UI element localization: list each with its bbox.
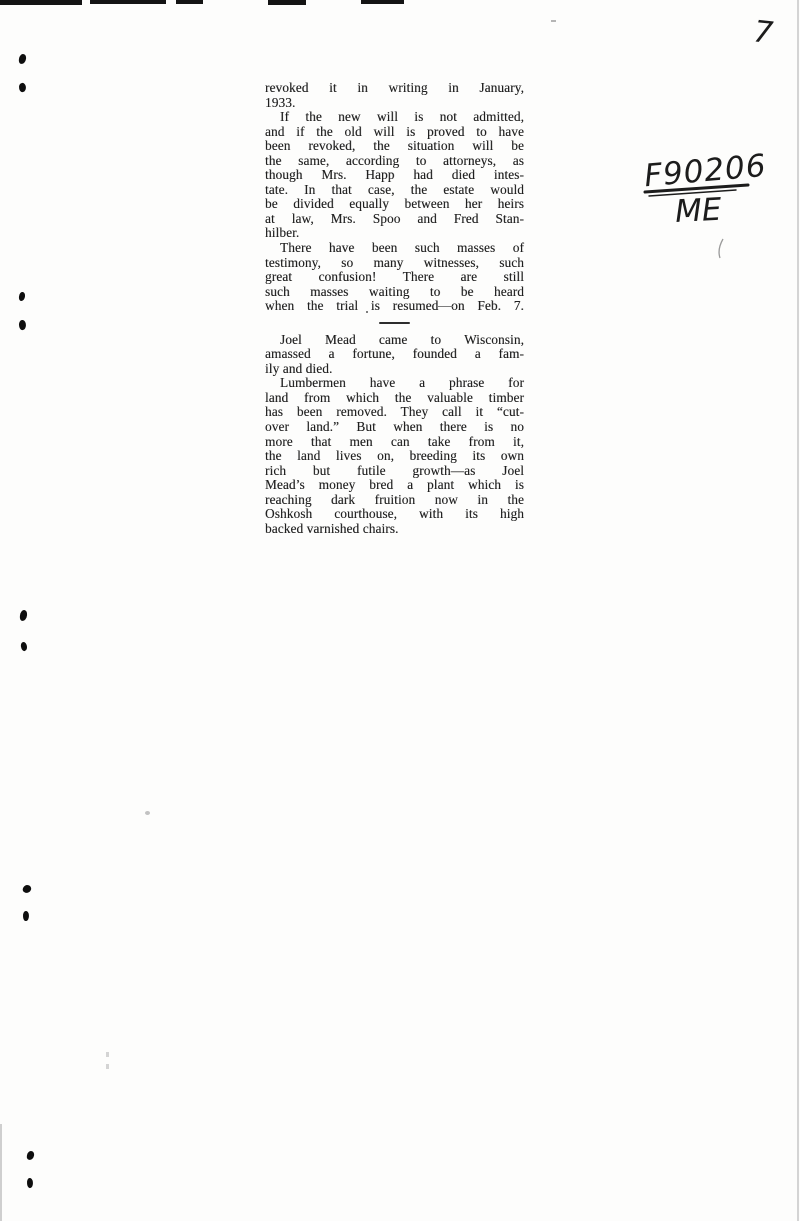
scan-mark: [26, 1178, 33, 1189]
scan-edge-artifact: [176, 0, 203, 4]
scan-speck: [366, 311, 368, 313]
scan-edge-artifact: [361, 0, 404, 4]
article-line: such masses waiting to be heard: [265, 285, 524, 300]
article-line: testimony, so many witnesses, such: [265, 256, 524, 271]
divider-rule: [379, 322, 410, 324]
print-underline-artifact: [438, 306, 453, 307]
scan-mark: [22, 911, 29, 922]
article-line: 1933.: [265, 96, 524, 111]
article-line: at law, Mrs. Spoo and Fred Stan-: [265, 212, 524, 227]
article-line: the same, according to attorneys, as: [265, 154, 524, 169]
article-line: reaching dark fruition now in the: [265, 493, 524, 508]
scan-speck: [106, 1064, 109, 1069]
article-line: when the trial is resumed on Feb. 7.: [265, 299, 524, 314]
handwritten-underline: [645, 185, 748, 192]
scan-speck: [106, 1052, 109, 1057]
scan-mark: [18, 54, 26, 65]
article-line: been revoked, the situation will be: [265, 139, 524, 154]
article-line: land from which the valuable timber: [265, 391, 524, 406]
article-line: Lumbermen have a phrase for: [265, 376, 524, 391]
article-line: revoked it in writing in January,: [265, 81, 524, 96]
article-line: rich but futile growth—as Joel: [265, 464, 524, 479]
scan-edge-line: [0, 1124, 2, 1221]
section-divider: [265, 314, 524, 333]
article-line: backed varnished chairs.: [265, 522, 524, 537]
handwritten-underline-stroke: [649, 190, 736, 196]
article-line: over land.” But when there is no: [265, 420, 524, 435]
article-line: tate. In that case, the estate would: [265, 183, 524, 198]
article-line: hilber.: [265, 226, 524, 241]
handwritten-code: F90206: [643, 148, 768, 195]
scanned-document-page: revoked it in writing in January,1933.If…: [0, 0, 800, 1221]
scan-edge-artifact: [268, 0, 306, 5]
article-line: and if the old will is proved to have: [265, 125, 524, 140]
article-line: If the new will is not admitted,: [265, 110, 524, 125]
scan-speck: [551, 20, 556, 22]
scan-mark: [22, 884, 32, 894]
article-column: revoked it in writing in January,1933.If…: [265, 81, 524, 536]
scan-mark: [19, 292, 26, 301]
scan-speck: [145, 811, 150, 815]
article-line: the land lives on, breeding its own: [265, 449, 524, 464]
article-line: There have been such masses of: [265, 241, 524, 256]
scan-mark: [18, 319, 27, 330]
article-line: Oshkosh courthouse, with its high: [265, 507, 524, 522]
scan-edge-artifact: [90, 0, 166, 4]
scan-mark: [20, 641, 28, 651]
handwritten-initials: ME: [674, 192, 723, 230]
scan-edge-artifact: [0, 0, 82, 5]
article-line: Joel Mead came to Wisconsin,: [265, 333, 524, 348]
article-line: ily and died.: [265, 362, 524, 377]
article-line: has been removed. They call it “cut-: [265, 405, 524, 420]
article-line: amassed a fortune, founded a fam-: [265, 347, 524, 362]
scan-mark: [18, 82, 27, 92]
article-line: be divided equally between her heirs: [265, 197, 524, 212]
article-line: though Mrs. Happ had died intes-: [265, 168, 524, 183]
scan-edge-line: [797, 0, 799, 1221]
scan-mark: [19, 610, 27, 622]
article-line: more that men can take from it,: [265, 435, 524, 450]
stray-pen-mark: [719, 239, 723, 258]
handwritten-page-number: 7: [752, 14, 775, 51]
scan-mark: [26, 1150, 34, 1160]
article-line: Mead’s money bred a plant which is: [265, 478, 524, 493]
article-line: great confusion! There are still: [265, 270, 524, 285]
